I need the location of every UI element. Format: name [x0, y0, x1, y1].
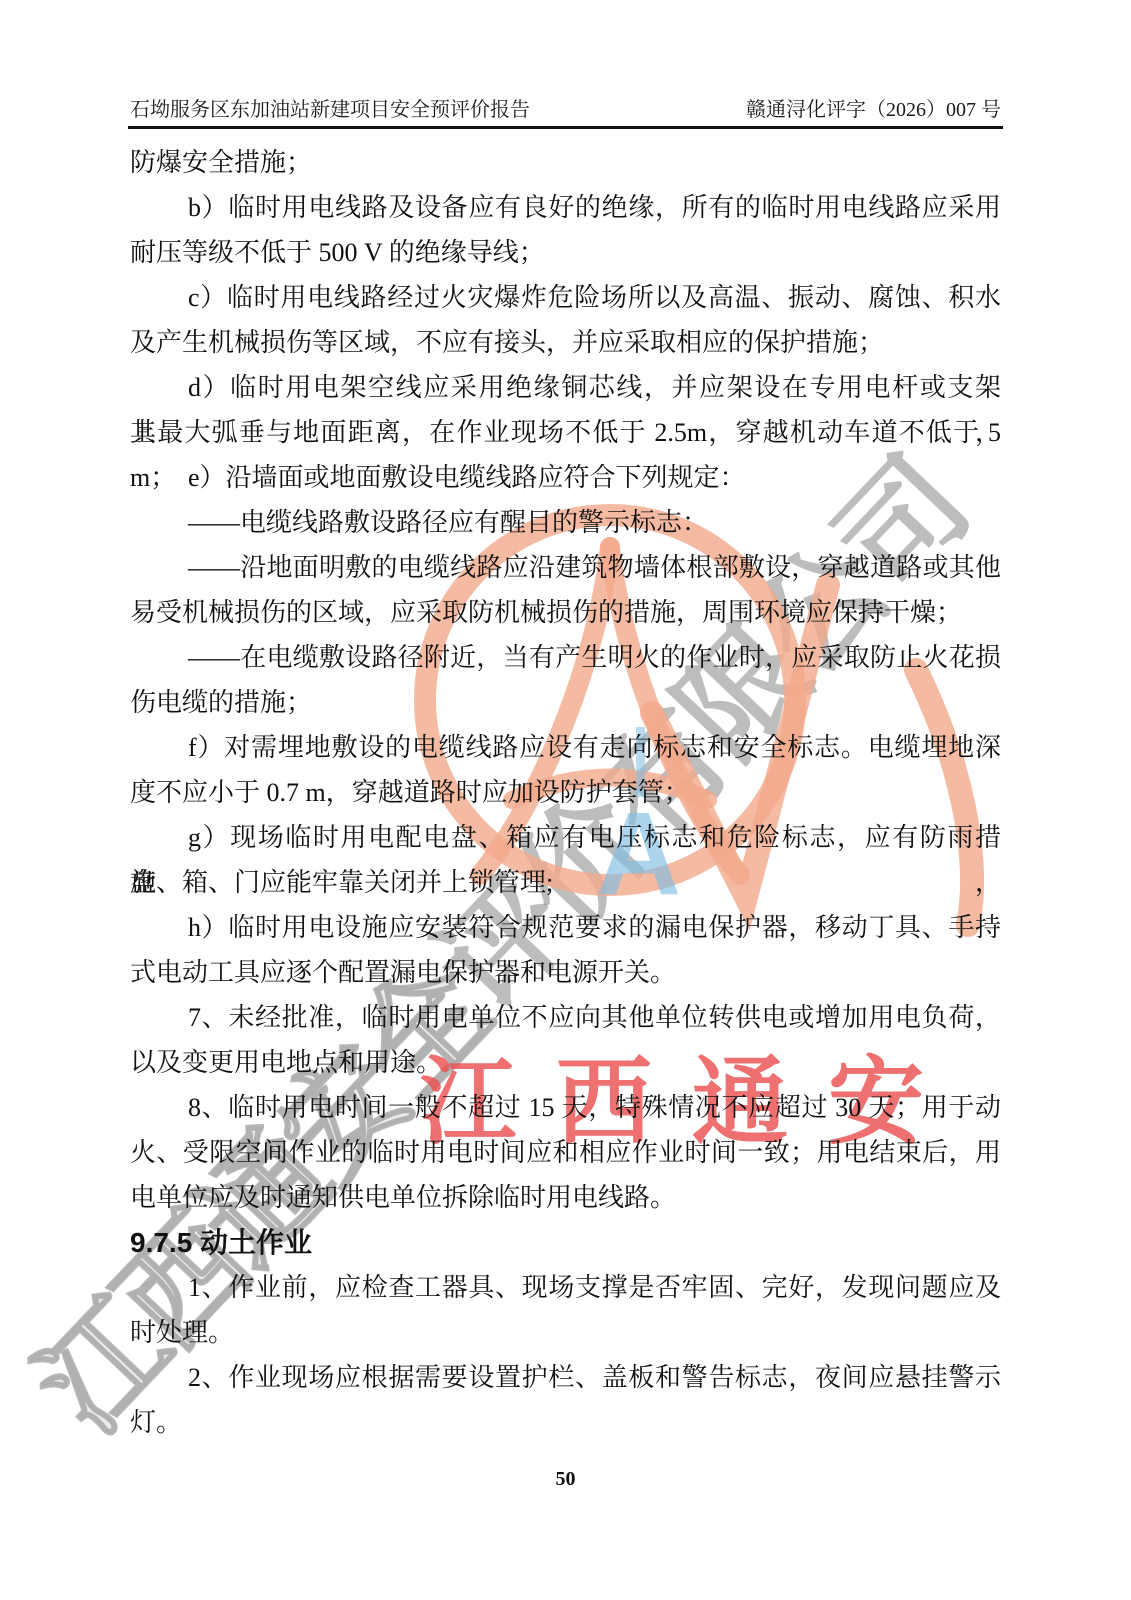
body-line: 灯。: [130, 1400, 1001, 1445]
body-line: 火、受限空间作业的临时用电时间应和相应作业时间一致；用电结束后，用: [130, 1130, 1001, 1175]
body-line: 及产生机械损伤等区域，不应有接头，并应采取相应的保护措施；: [130, 320, 1001, 365]
page-header: 石坳服务区东加油站新建项目安全预评价报告 赣通浔化评字（2026）007 号: [130, 88, 1001, 122]
body-line: 耐压等级不低于 500 V 的绝缘导线；: [130, 230, 1001, 275]
body-line: 以及变更用电地点和用途。: [130, 1040, 1001, 1085]
header-report-title: 石坳服务区东加油站新建项目安全预评价报告: [130, 93, 530, 122]
body-line: h）临时用电设施应安装符合规范要求的漏电保护器，移动丁具、手持: [130, 905, 1001, 950]
body-line: 8、临时用电时间一般不超过 15 天，特殊情况不应超过 30 天；用于动: [130, 1085, 1001, 1130]
document-page: 江西通安全评价有限公司 A 江西通安 石坳服务区东加油站新建项目安全预评价报告 …: [0, 0, 1131, 1600]
body-line: 易受机械损伤的区域，应采取防机械损伤的措施，周围环境应保持干燥；: [130, 590, 1001, 635]
body-line: g）现场临时用电配电盘、箱应有电压标志和危险标志，应有防雨措施，: [130, 815, 1001, 860]
body-line: 伤电缆的措施；: [130, 680, 1001, 725]
body-line: 式电动工具应逐个配置漏电保护器和电源开关。: [130, 950, 1001, 995]
body-line: 防爆安全措施；: [130, 140, 1001, 185]
body-line: 度不应小于 0.7 m，穿越道路时应加设防护套管；: [130, 770, 1001, 815]
body-line: ——沿地面明敷的电缆线路应沿建筑物墙体根部敷设，穿越道路或其他: [130, 545, 1001, 590]
body-line: 7、未经批准，临时用电单位不应向其他单位转供电或增加用电负荷，: [130, 995, 1001, 1040]
body-line: 2、作业现场应根据需要设置护栏、盖板和警告标志，夜间应悬挂警示: [130, 1355, 1001, 1400]
body-line: 其最大弧垂与地面距离，在作业现场不低于 2.5m，穿越机动车道不低于 5 m；: [130, 410, 1001, 455]
body-line: c）临时用电线路经过火灾爆炸危险场所以及高温、振动、腐蚀、积水: [130, 275, 1001, 320]
body-line: d）临时用电架空线应采用绝缘铜芯线，并应架设在专用电杆或支架上，: [130, 365, 1001, 410]
body-line: ——电缆线路敷设路径应有醒目的警示标志：: [130, 500, 1001, 545]
body-line: e）沿墙面或地面敷设电缆线路应符合下列规定：: [130, 455, 1001, 500]
body-line: 时处理。: [130, 1310, 1001, 1355]
page-number: 50: [0, 1468, 1131, 1491]
document-body: 防爆安全措施；b）临时用电线路及设备应有良好的绝缘，所有的临时用电线路应采用耐压…: [130, 140, 1001, 1445]
body-line: 电单位应及时通知供电单位拆除临时用电线路。: [130, 1175, 1001, 1220]
section-heading: 9.7.5 动土作业: [130, 1220, 1001, 1265]
body-line: 1、作业前，应检查工器具、现场支撑是否牢固、完好，发现问题应及: [130, 1265, 1001, 1310]
body-line: ——在电缆敷设路径附近，当有产生明火的作业时，应采取防止火花损: [130, 635, 1001, 680]
body-line: b）临时用电线路及设备应有良好的绝缘，所有的临时用电线路应采用: [130, 185, 1001, 230]
body-line: f）对需埋地敷设的电缆线路应设有走向标志和安全标志。电缆埋地深: [130, 725, 1001, 770]
header-document-number: 赣通浔化评字（2026）007 号: [746, 93, 1001, 122]
header-divider: [128, 126, 1003, 129]
